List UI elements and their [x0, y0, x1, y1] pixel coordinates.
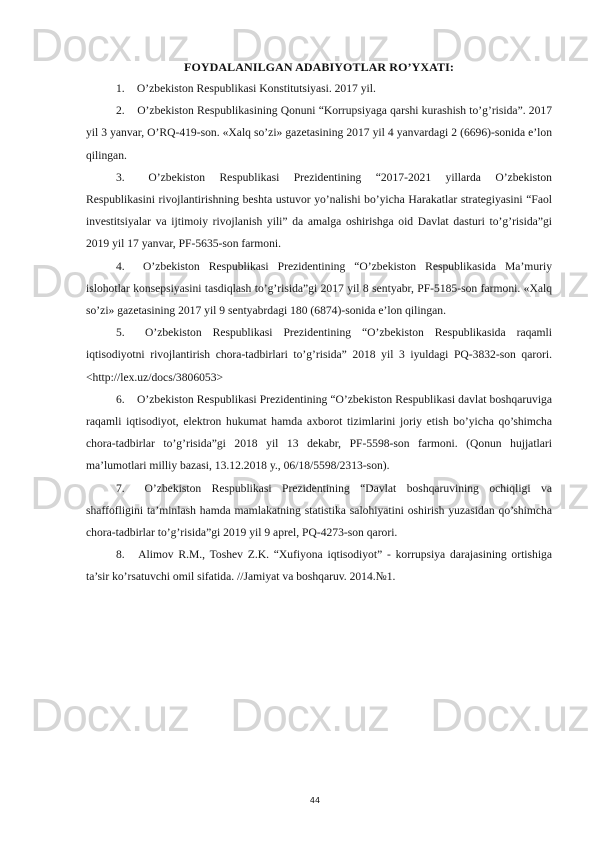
reference-number: 2. — [116, 100, 134, 122]
reference-text: O’zbekiston Respublikasining Qonuni “Kor… — [86, 104, 552, 161]
watermark: Docx.uz — [30, 692, 189, 738]
reference-number: 1. — [116, 78, 134, 100]
reference-number: 5. — [116, 322, 134, 344]
reference-item: 6. O’zbekiston Respublikasi Prezidentini… — [86, 389, 552, 478]
reference-item: 3. O’zbekiston Respublikasi Prezidentini… — [86, 167, 552, 256]
reference-list: 1. O’zbekiston Respublikasi Konstitutsiy… — [86, 78, 552, 589]
reference-text: Alimov R.M., Toshev Z.K. “Xufiyona iqtis… — [86, 548, 552, 583]
reference-text: O’zbekiston Respublikasi Prezidentining … — [86, 171, 552, 251]
reference-item: 4. O’zbekiston Respublikasi Prezidentini… — [86, 256, 552, 323]
reference-item: 5. O’zbekiston Respublikasi Prezidentini… — [86, 322, 552, 389]
reference-item: 8. Alimov R.M., Toshev Z.K. “Xufiyona iq… — [86, 544, 552, 588]
reference-number: 6. — [116, 389, 134, 411]
reference-number: 4. — [116, 256, 134, 278]
page-number: 44 — [0, 796, 595, 805]
reference-number: 8. — [116, 544, 134, 566]
reference-item: 2. O’zbekiston Respublikasining Qonuni “… — [86, 100, 552, 167]
reference-number: 7. — [116, 478, 134, 500]
reference-number: 3. — [116, 167, 134, 189]
reference-text: O’zbekiston Respublikasi Konstitutsiyasi… — [137, 82, 376, 95]
reference-item: 7. O’zbekiston Respublikasi Prezidentini… — [86, 478, 552, 545]
reference-item: 1. O’zbekiston Respublikasi Konstitutsiy… — [86, 78, 552, 100]
reference-text: O’zbekiston Respublikasi Prezidentining … — [86, 326, 552, 383]
document-page: FOYDALANILGAN ADABIYOTLAR RO’YXATI: 1. O… — [86, 56, 552, 589]
reference-text: O’zbekiston Respublikasi Prezidentining … — [86, 260, 552, 317]
watermark: Docx.uz — [430, 692, 589, 738]
reference-text: O’zbekiston Respublikasi Prezidentining … — [86, 482, 552, 539]
reference-text: O’zbekiston Respublikasi Prezidentining … — [86, 393, 552, 473]
document-title: FOYDALANILGAN ADABIYOTLAR RO’YXATI: — [86, 56, 552, 78]
watermark: Docx.uz — [230, 692, 389, 738]
